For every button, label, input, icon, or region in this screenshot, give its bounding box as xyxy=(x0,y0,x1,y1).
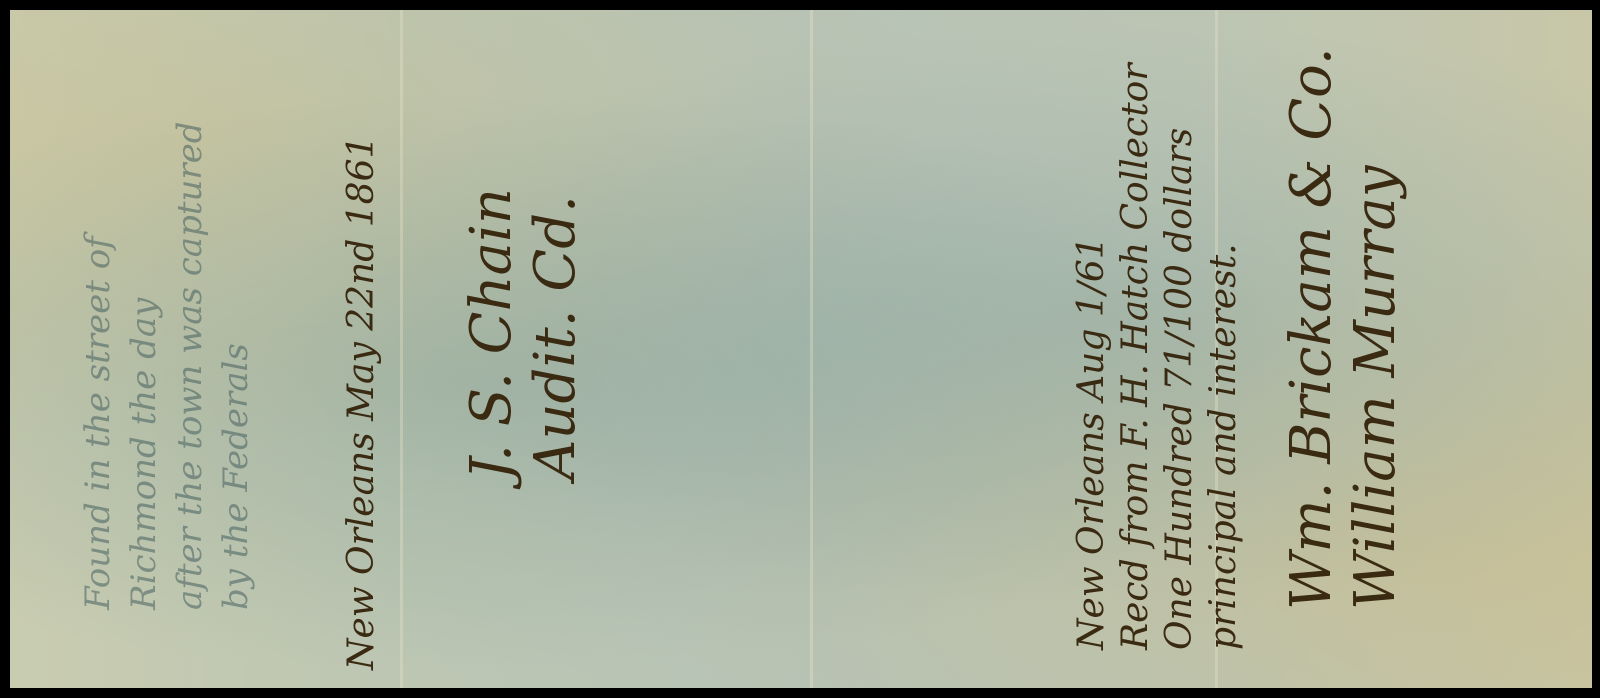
signature-block-2: Wm. Brickam & Co. William Murray xyxy=(1280,47,1408,610)
date-text: New Orleans May 22nd 1861 xyxy=(340,136,384,670)
banknote-reverse: Found in the street of Richmond the day … xyxy=(10,10,1592,688)
pencil-note-line: by the Federals xyxy=(213,121,259,610)
pencil-note: Found in the street of Richmond the day … xyxy=(75,121,259,610)
receipt-endorsement: New Orleans Aug 1/61 Recd from F. H. Hat… xyxy=(1070,63,1246,650)
signature-title: Audit. Cd. xyxy=(524,188,588,480)
signature: Wm. Brickam & Co. xyxy=(1280,47,1344,610)
pencil-note-line: Found in the street of xyxy=(75,121,121,610)
receipt-line: New Orleans Aug 1/61 xyxy=(1070,63,1114,650)
pencil-note-line: Richmond the day xyxy=(121,121,167,610)
date-line: New Orleans May 22nd 1861 xyxy=(340,136,384,670)
signature: William Murray xyxy=(1344,47,1408,610)
pencil-note-line: after the town was captured xyxy=(167,121,213,610)
receipt-line: Recd from F. H. Hatch Collector xyxy=(1114,63,1158,650)
fold-line xyxy=(400,10,403,688)
receipt-line: principal and interest. xyxy=(1202,63,1246,650)
receipt-line: One Hundred 71/100 dollars xyxy=(1158,63,1202,650)
signature-block-1: J. S. Chain Audit. Cd. xyxy=(460,188,588,480)
fold-line xyxy=(810,10,813,688)
signature: J. S. Chain xyxy=(460,188,524,480)
